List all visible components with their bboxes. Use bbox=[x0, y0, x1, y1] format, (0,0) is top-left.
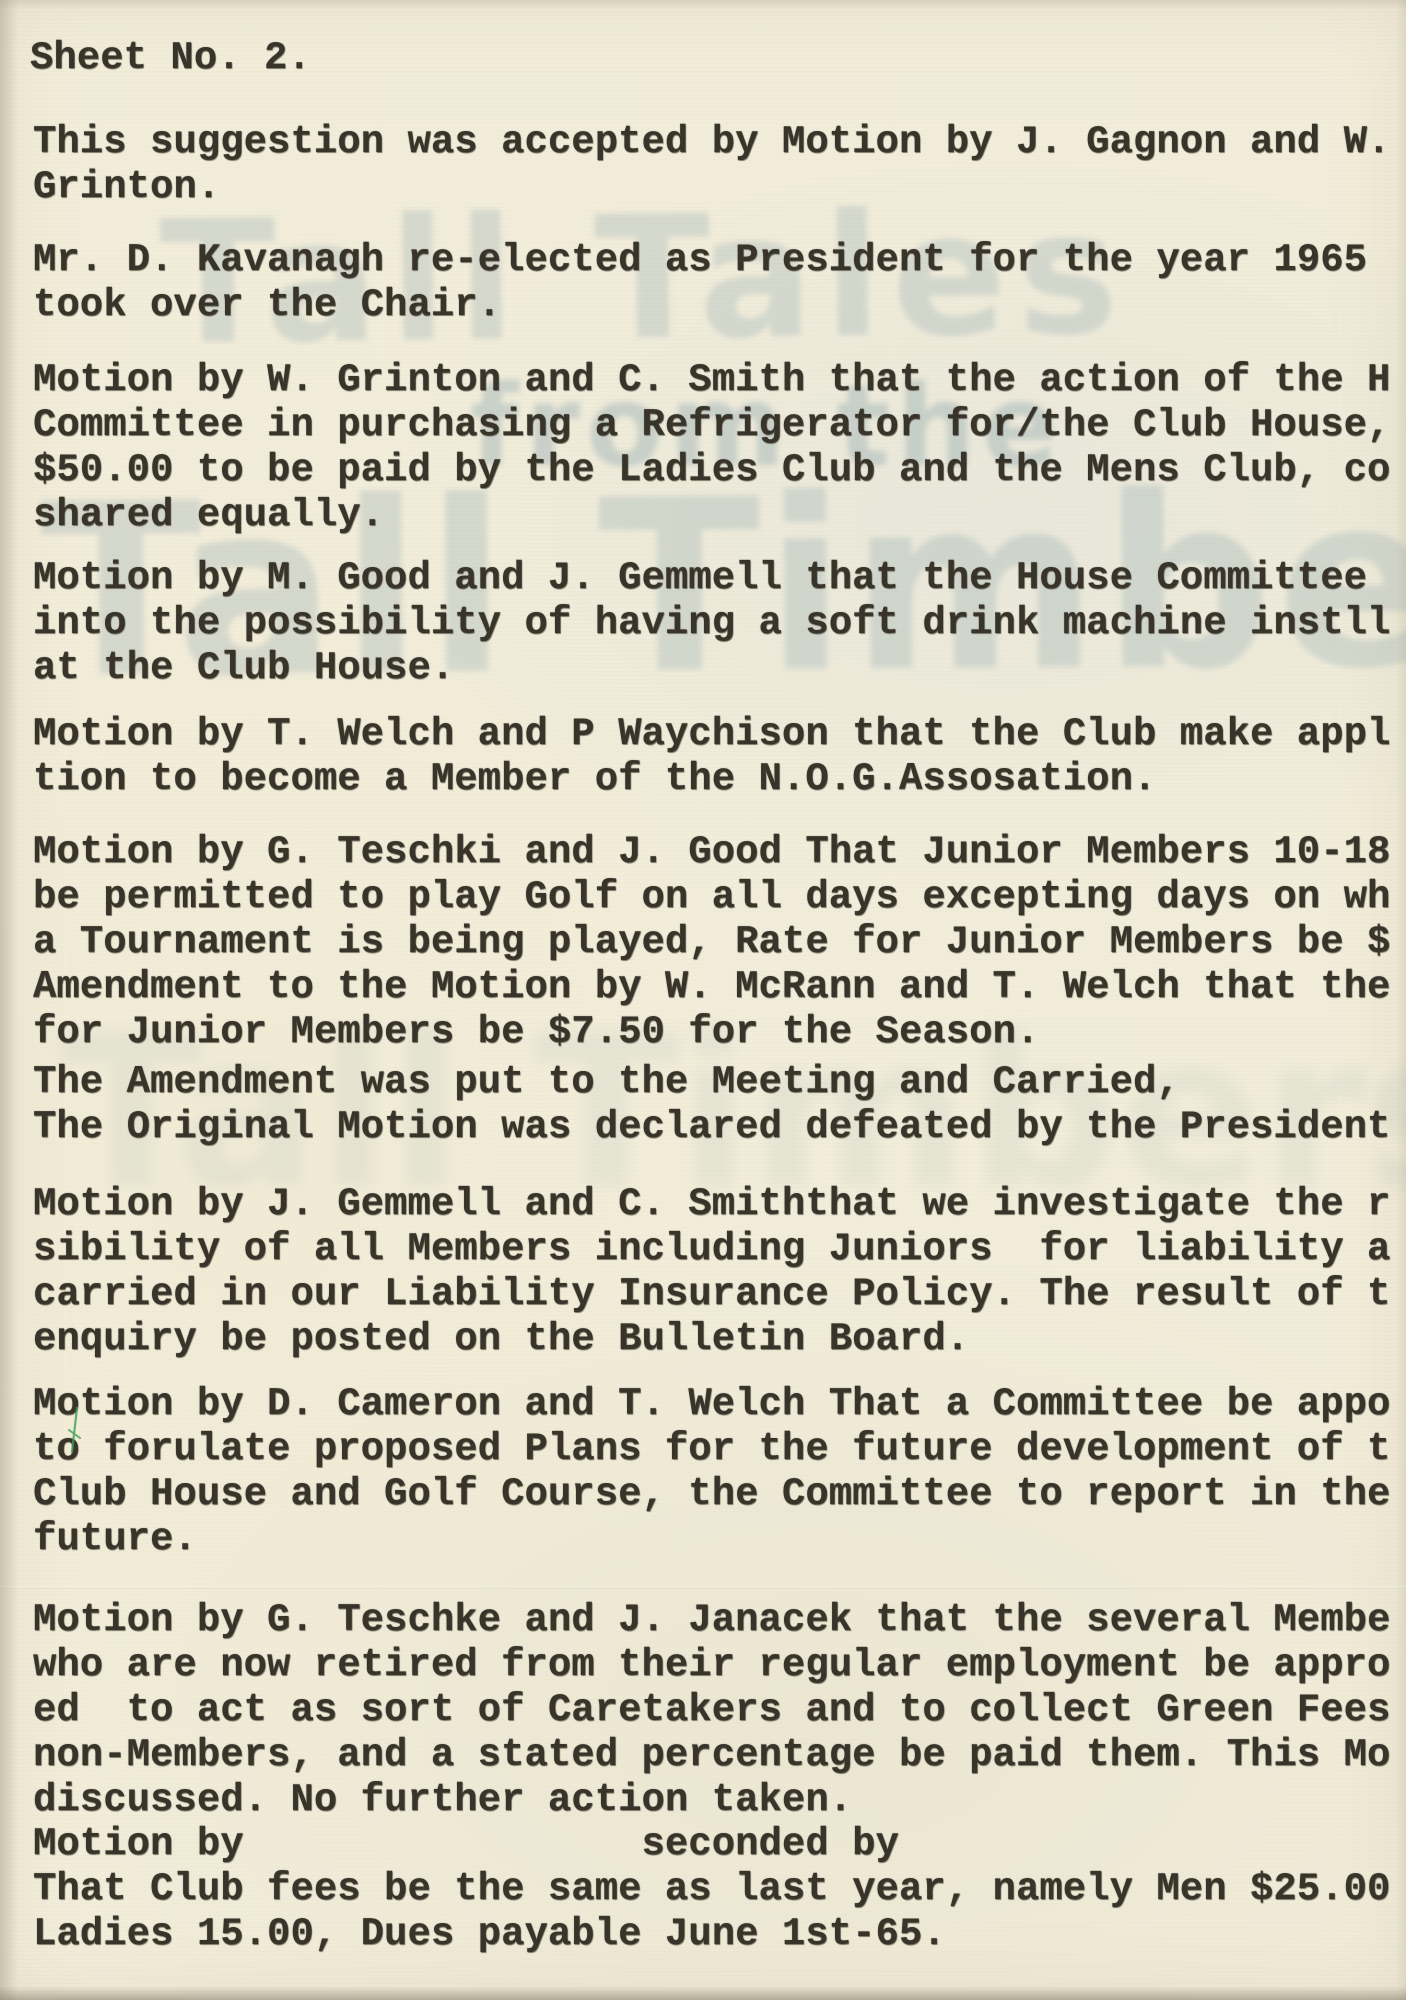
paragraph-refrigerator-purchase: Motion by W. Grinton and C. Smith that t… bbox=[33, 358, 1390, 538]
paper-left-edge-shading bbox=[0, 0, 18, 2000]
paragraph-development-plans: Motion by D. Cameron and T. Welch That a… bbox=[33, 1382, 1390, 1562]
paragraph-retired-caretakers: Motion by G. Teschke and J. Janacek that… bbox=[33, 1598, 1390, 1823]
paper-crease bbox=[0, 1586, 1406, 1589]
paragraph-club-fees: Motion by seconded by That Club fees be … bbox=[33, 1822, 1390, 1957]
paper-right-edge-shading bbox=[1396, 0, 1406, 2000]
green-pencil-mark bbox=[66, 1404, 86, 1456]
typewritten-minutes-page: Tall Tales from the Tall Timbers Tall Ti… bbox=[0, 0, 1406, 2000]
paragraph-suggestion-accepted: This suggestion was accepted by Motion b… bbox=[33, 120, 1390, 210]
paragraph-liability-insurance: Motion by J. Gemmell and C. Smiththat we… bbox=[33, 1182, 1390, 1362]
paragraph-amendment-carried: The Amendment was put to the Meeting and… bbox=[33, 1060, 1390, 1150]
paper-top-edge-shading bbox=[0, 0, 1406, 10]
sheet-number: Sheet No. 2. bbox=[30, 36, 311, 81]
paper-bottom-edge-shading bbox=[0, 1986, 1406, 2000]
typed-text-layer: Sheet No. 2. This suggestion was accepte… bbox=[0, 0, 1406, 2000]
paragraph-junior-members-golf: Motion by G. Teschki and J. Good That Ju… bbox=[33, 830, 1390, 1055]
paragraph-soft-drink-machine: Motion by M. Good and J. Gemmell that th… bbox=[33, 556, 1390, 691]
paragraph-nog-association: Motion by T. Welch and P Waychison that … bbox=[33, 712, 1390, 802]
paragraph-president-reelected: Mr. D. Kavanagh re-elected as President … bbox=[33, 238, 1367, 328]
